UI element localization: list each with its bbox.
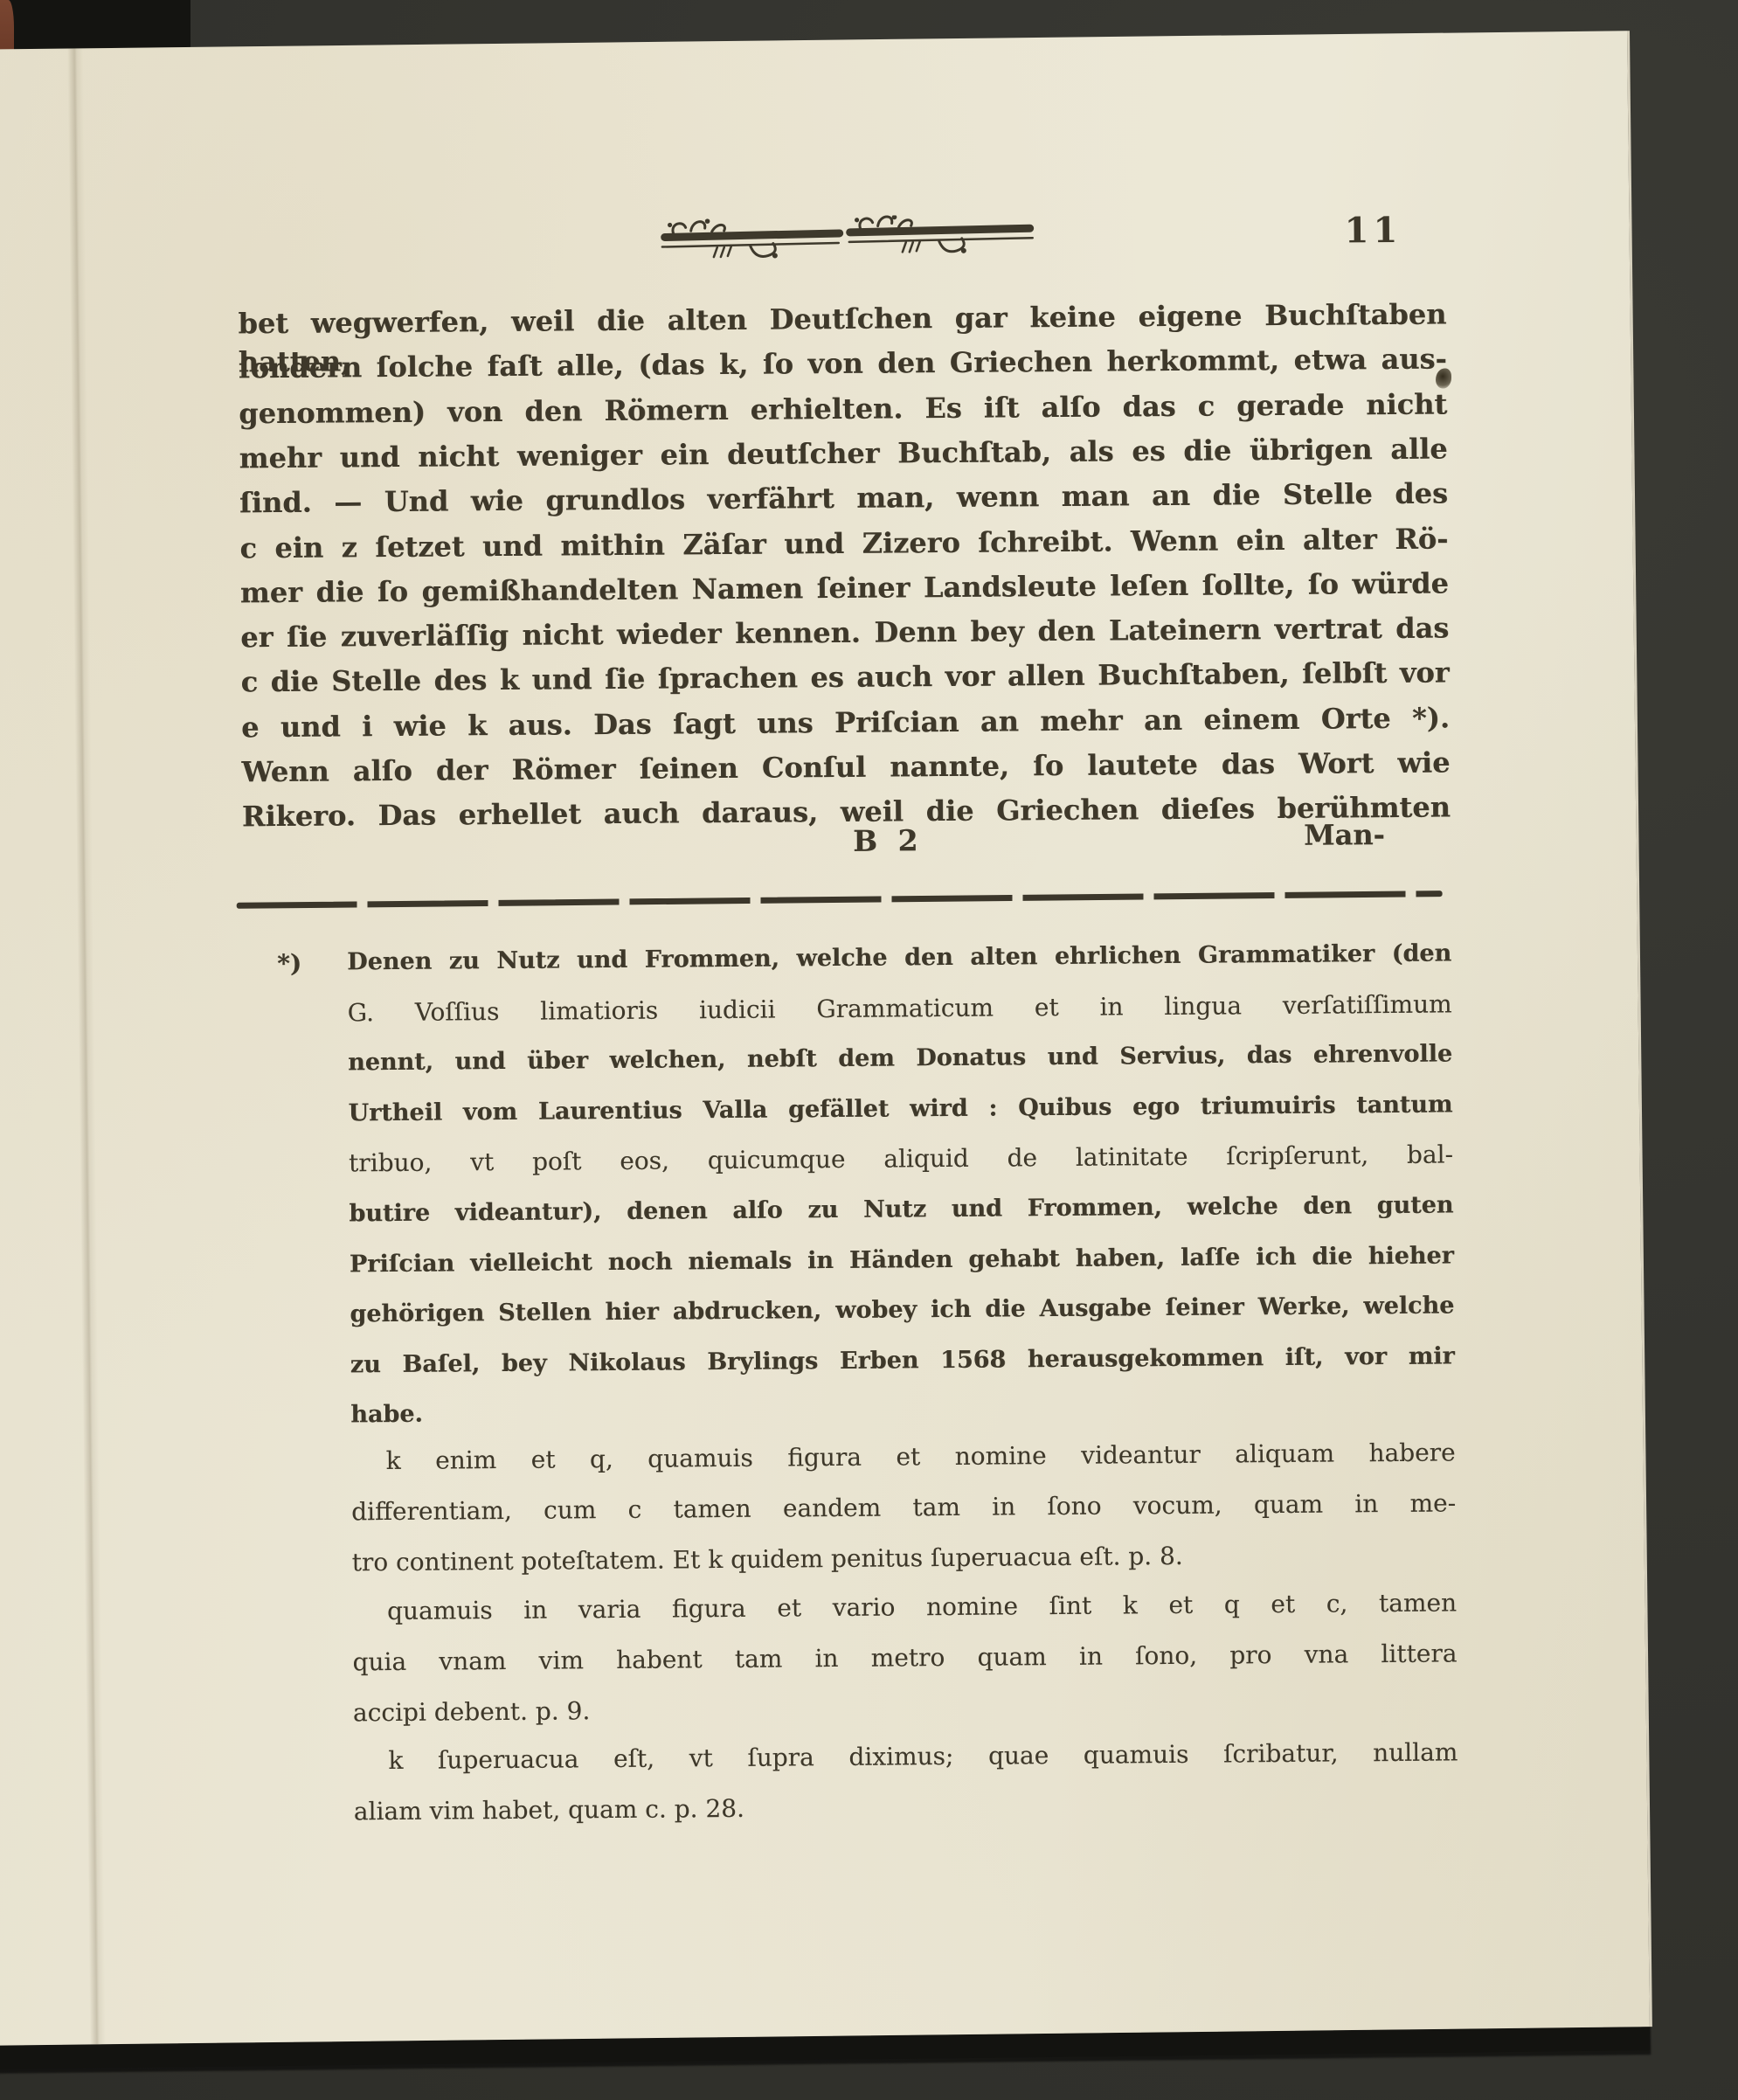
main-text-line: genommen) von den Römern erhielten. Es i… <box>239 385 1447 434</box>
header-ornament-icon <box>660 214 1035 266</box>
main-text-line: Rikero. Das erhellet auch daraus, weil d… <box>242 788 1451 838</box>
latin-quote-line: k enim et q, quamuis figura et nomine vi… <box>351 1436 1456 1481</box>
main-text-line: e und i wie k aus. Das ſagt uns Priſcian… <box>241 698 1450 748</box>
catchword: Man- <box>1304 818 1385 852</box>
footnote-line: G. Voſſius limatioris iudicii Grammaticu… <box>348 988 1452 1033</box>
latin-quote-line: differentiam, cum c tamen eandem tam in … <box>351 1487 1456 1532</box>
main-text-line: Wenn alſo der Römer ſeinen Conſul nannte… <box>241 743 1450 793</box>
main-text-line: mehr und nicht weniger ein deutſcher Buc… <box>239 429 1448 479</box>
main-text-line: mer die ſo gemißhandelten Namen ſeiner L… <box>240 564 1449 613</box>
footnote-line: Denen zu Nutz und Frommen, welche den al… <box>347 937 1451 982</box>
main-text-line: ſind. — Und wie grundlos verfährt man, w… <box>239 475 1448 524</box>
main-text-line: c die Stelle des k und ſie ſprachen es a… <box>241 654 1450 703</box>
main-text-line: er ſie zuverläſſig nicht wieder kennen. … <box>240 609 1449 659</box>
footnote-line: butire videantur), denen alſo zu Nutz un… <box>349 1189 1453 1234</box>
latin-quote-line: k ſuperuacua eſt, vt ſupra diximus; quae… <box>353 1736 1458 1781</box>
latin-quote-line: quamuis in varia figura et vario nomine … <box>352 1586 1457 1632</box>
footnote-separator-rule <box>237 891 1443 909</box>
page-number: 11 <box>1345 210 1402 252</box>
footnote-line: nennt, und über welchen, nebſt dem Donat… <box>348 1038 1452 1084</box>
footnote-line: Priſcian vielleicht noch niemals in Händ… <box>350 1239 1454 1285</box>
footnote-line: habe. <box>350 1390 1455 1436</box>
latin-quote-line: aliam vim habet, quam c. p. 28. <box>354 1786 1458 1832</box>
footnote-line: gehörigen Stellen hier abdrucken, wobey … <box>350 1290 1454 1335</box>
footnote-marker: *) <box>277 949 301 978</box>
main-text-line: ſondern ſolche faſt alle, (das k, ſo von… <box>239 340 1447 390</box>
printed-content: 11 bet wegwerfen, weil die alten Deutſch… <box>0 0 1738 2100</box>
ink-blot <box>1436 368 1451 388</box>
footnote-line: Urtheil vom Laurentius Valla gefället wi… <box>348 1088 1452 1133</box>
main-text-line: bet wegwerfen, weil die alten Deutſchen … <box>238 295 1446 344</box>
latin-quote-line: tro continent poteſtatem. Et k quidem pe… <box>351 1537 1456 1583</box>
latin-quote-line: quia vnam vim habent tam in metro quam i… <box>352 1637 1457 1682</box>
main-text-line: c ein z ſetzet und mithin Zäſar und Zize… <box>239 519 1448 569</box>
signature-mark: B 2 <box>853 823 924 858</box>
footnote-line: tribuo, vt poſt eos, quicumque aliquid d… <box>349 1139 1453 1184</box>
latin-quote-line: accipi debent. p. 9. <box>353 1688 1458 1733</box>
footnote-line: zu Baſel, bey Nikolaus Brylings Erben 15… <box>350 1340 1455 1385</box>
scanned-book-page: 11 bet wegwerfen, weil die alten Deutſch… <box>0 0 1738 2100</box>
